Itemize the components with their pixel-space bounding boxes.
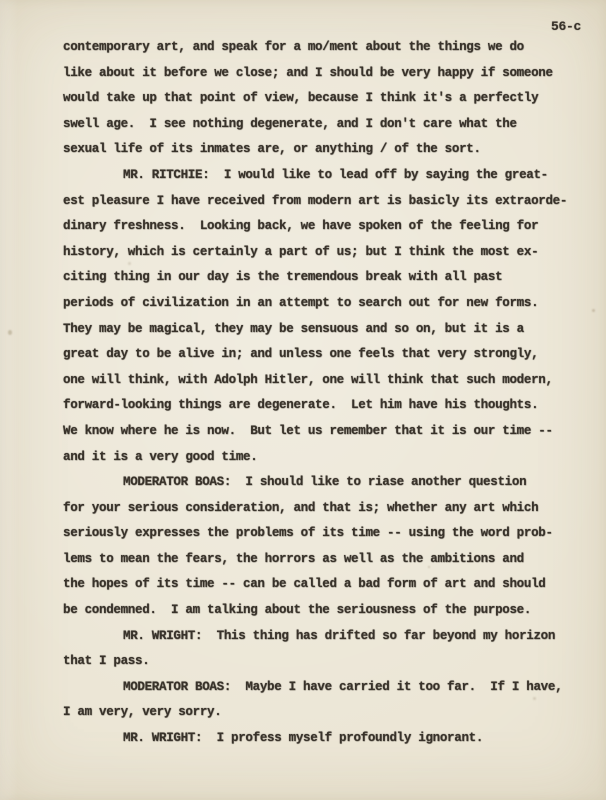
- text-line: We know where he is now. But let us reme…: [63, 419, 593, 445]
- text-line: MR. RITCHIE: I would like to lead off by…: [63, 163, 593, 189]
- text-line: like about it before we close; and I sho…: [63, 61, 593, 87]
- text-line: for your serious consideration, and that…: [63, 496, 593, 522]
- paragraph-boas-1: MODERATOR BOAS: I should like to riase a…: [63, 470, 593, 624]
- text-line: MR. WRIGHT: This thing has drifted so fa…: [63, 624, 593, 650]
- text-line: dinary freshness. Looking back, we have …: [63, 214, 593, 240]
- text-line: MR. WRIGHT: I profess myself profoundly …: [63, 726, 593, 752]
- text-line: contemporary art, and speak for a mo/men…: [63, 35, 593, 61]
- paragraph-continuation: contemporary art, and speak for a mo/men…: [63, 35, 593, 163]
- text-line: forward-looking things are degenerate. L…: [63, 393, 593, 419]
- text-line: swell age. I see nothing degenerate, and…: [63, 112, 593, 138]
- text-line: would take up that point of view, becaus…: [63, 86, 593, 112]
- paper-speck: [428, 566, 430, 568]
- text-line: periods of civilization in an attempt to…: [63, 291, 593, 317]
- text-line: the hopes of its time -- can be called a…: [63, 572, 593, 598]
- document-page: 56-c contemporary art, and speak for a m…: [0, 0, 606, 800]
- text-line: I am very, very sorry.: [63, 700, 593, 726]
- text-line: and it is a very good time.: [63, 445, 593, 471]
- text-line: lems to mean the fears, the horrors as w…: [63, 547, 593, 573]
- text-line: that I pass.: [63, 649, 593, 675]
- text-line: MODERATOR BOAS: I should like to riase a…: [63, 470, 593, 496]
- paragraph-boas-2: MODERATOR BOAS: Maybe I have carried it …: [63, 675, 593, 726]
- text-line: seriously expresses the problems of its …: [63, 521, 593, 547]
- text-line: sexual life of its inmates are, or anyth…: [63, 137, 593, 163]
- paper-speck: [8, 330, 12, 335]
- text-line: one will think, with Adolph Hitler, one …: [63, 368, 593, 394]
- paragraph-wright-1: MR. WRIGHT: This thing has drifted so fa…: [63, 624, 593, 675]
- paper-speck: [128, 262, 131, 265]
- text-line: They may be magical, they may be sensuou…: [63, 317, 593, 343]
- text-line: history, which is certainly a part of us…: [63, 240, 593, 266]
- text-line: citing thing in our day is the tremendou…: [63, 265, 593, 291]
- text-line: be condemned. I am talking about the ser…: [63, 598, 593, 624]
- text-line: MODERATOR BOAS: Maybe I have carried it …: [63, 675, 593, 701]
- paper-speck: [592, 309, 595, 312]
- paragraph-wright-2: MR. WRIGHT: I profess myself profoundly …: [63, 726, 593, 752]
- paper-speck: [533, 697, 536, 700]
- page-number: 56-c: [551, 19, 581, 34]
- paragraph-ritchie-1: MR. RITCHIE: I would like to lead off by…: [63, 163, 593, 470]
- text-line: est pleasure I have received from modern…: [63, 189, 593, 215]
- text-block: contemporary art, and speak for a mo/men…: [63, 35, 593, 752]
- text-line: great day to be alive in; and unless one…: [63, 342, 593, 368]
